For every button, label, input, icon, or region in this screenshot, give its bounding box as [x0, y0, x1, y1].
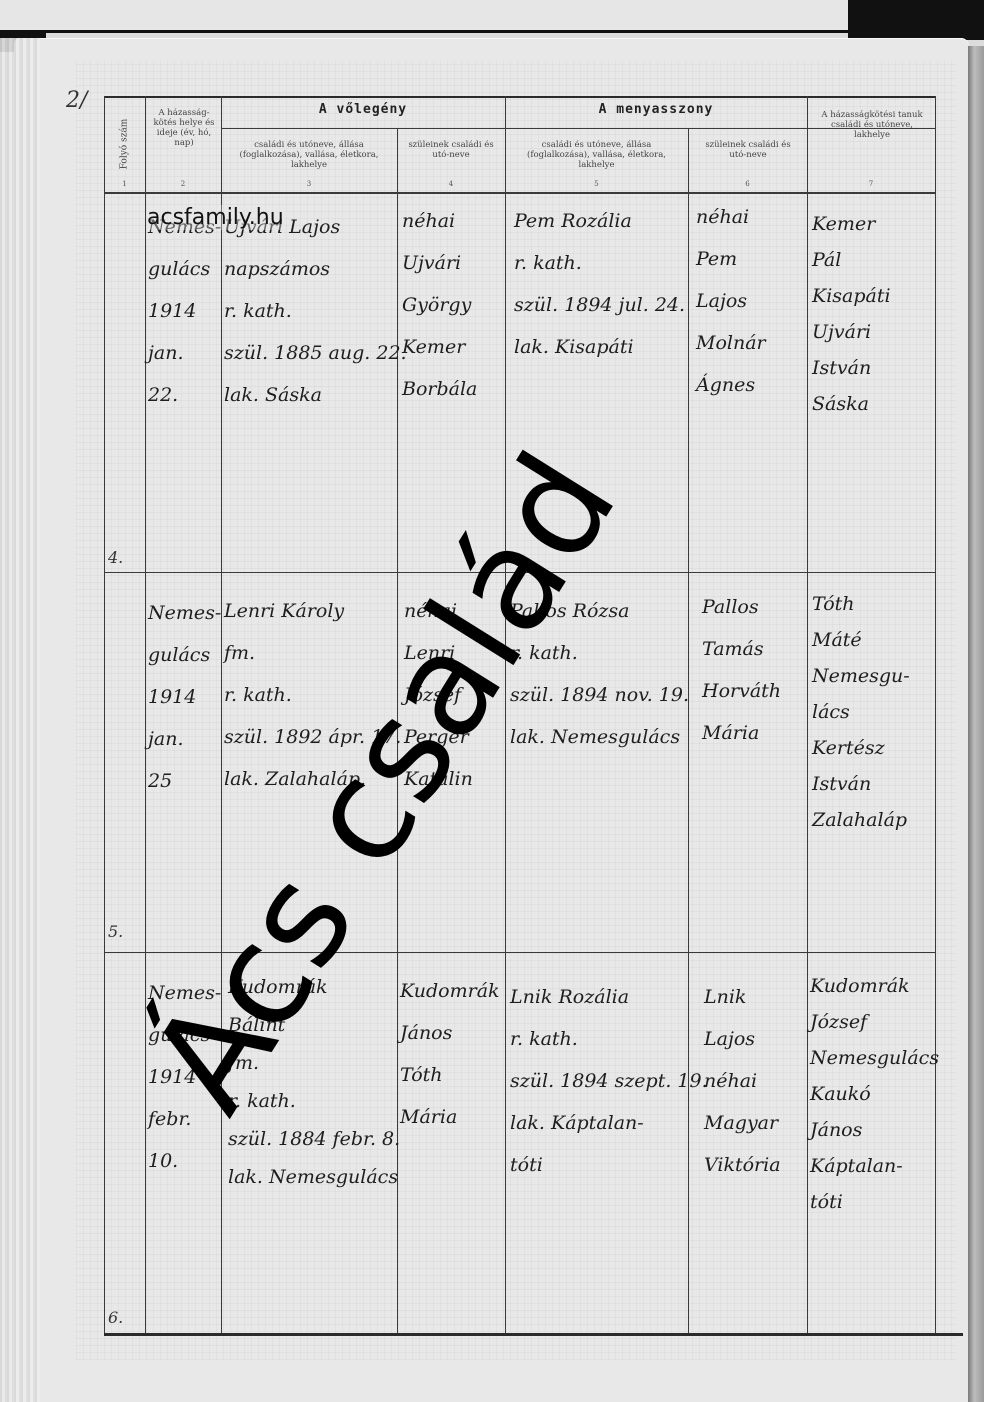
record-6-bride: Lnik Rozáliar. kath.szül. 1894 szept. 19… — [510, 976, 708, 1186]
col-rule-0 — [104, 96, 105, 1333]
record-4-witnesses: KemerPálKisapátiUjváriIstvánSáska — [812, 206, 891, 422]
header-col4-label: szüleinek családi és utó-neve — [404, 140, 498, 160]
record-4-bride-parents: néhaiPemLajosMolnárÁgnes — [696, 196, 766, 406]
table-top-rule — [104, 96, 935, 98]
record-4-place-date: Nemes-gulács1914jan.22. — [148, 206, 221, 416]
header-col7-num: 7 — [807, 180, 935, 188]
record-4-bride: Pem Rozáliar. kath.szül. 1894 jul. 24.la… — [514, 200, 685, 368]
bride-group-header: A menyasszony — [505, 105, 807, 115]
header-col5-label: családi és utóneve, állása (foglalkozása… — [509, 140, 684, 170]
groom-group-header: A vőlegény — [221, 105, 505, 115]
header-col2-num: 2 — [145, 180, 221, 188]
page-stack-edge — [0, 38, 40, 1402]
header-col3-num: 3 — [221, 180, 397, 188]
col-rule-6 — [807, 96, 808, 1333]
col-rule-1 — [145, 96, 146, 1333]
header-col6-num: 6 — [688, 180, 807, 188]
scan-dark-corner — [848, 0, 984, 40]
header-col2-label: A házasság-kötés helye és ideje (év, hó,… — [149, 108, 219, 148]
header-col3-label: családi és utóneve, állása (foglalkozása… — [225, 140, 393, 170]
header-col1-label: Folyó szám — [120, 119, 130, 170]
header-col4-num: 4 — [397, 180, 505, 188]
header-col1-num: 1 — [104, 180, 145, 188]
page-number: 2/ — [66, 88, 87, 113]
record-5-place-date: Nemes-gulács1914jan.25 — [148, 592, 221, 802]
record-4-number: 4. — [108, 548, 123, 567]
record-5-bride-parents: PallosTamásHorváthMária — [702, 586, 781, 754]
site-watermark: acsfamily.hu — [147, 205, 284, 230]
header-col7-label: A házasságkötési tanuk családi és utónev… — [816, 110, 928, 140]
header-bottom-rule — [104, 192, 935, 194]
table-bottom-rule — [104, 1333, 963, 1336]
record-6-witnesses: KudomrákJózsefNemesgulácsKaukóJánosKápta… — [810, 968, 939, 1220]
record-6-bride-parents: LnikLajosnéhaiMagyarViktória — [704, 976, 781, 1186]
binding-edge — [968, 46, 984, 1402]
record-4-groom: Ujvári Lajosnapszámosr. kath.szül. 1885 … — [224, 206, 407, 416]
record-4-groom-parents: néhaiUjváriGyörgyKemerBorbála — [402, 200, 477, 410]
record-5-number: 5. — [108, 922, 123, 941]
scan-top-strip — [0, 0, 848, 33]
record-5-witnesses: TóthMátéNemesgu-lácsKertészIstvánZalahal… — [812, 586, 910, 838]
header-col6-label: szüleinek családi és utó-neve — [696, 140, 800, 160]
header-col1: Folyó szám — [104, 96, 145, 192]
header-col5-num: 5 — [505, 180, 688, 188]
record-6-groom-parents: KudomrákJánosTóthMária — [400, 970, 500, 1138]
record-6-number: 6. — [108, 1308, 123, 1327]
